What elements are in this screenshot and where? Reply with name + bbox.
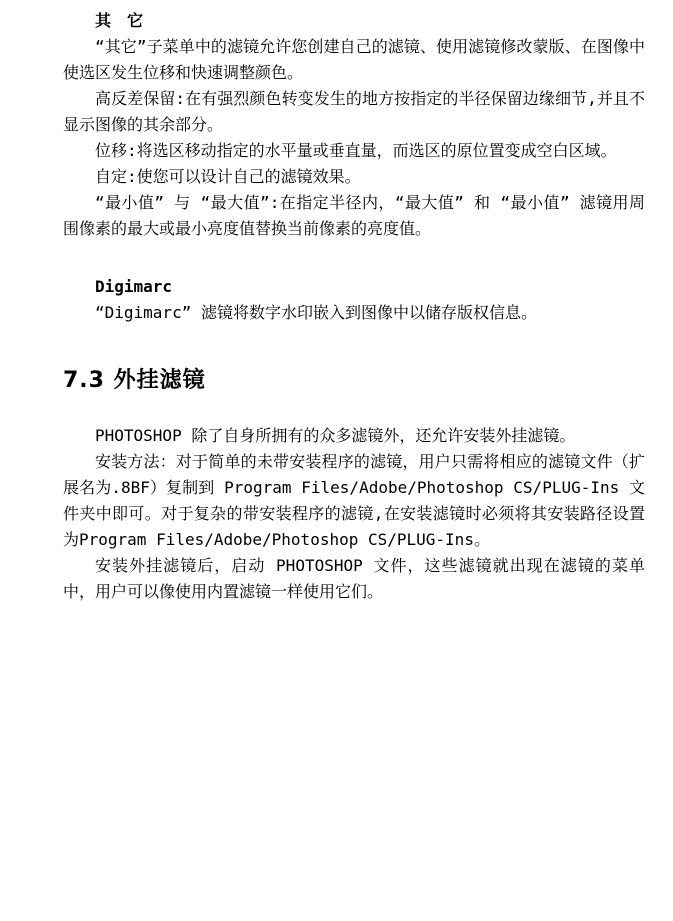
heading-other: 其 它 [63, 8, 645, 34]
paragraph-min-max: “最小值” 与 “最大值”:在指定半径内，“最大值” 和 “最小值” 滤镜用周围… [63, 190, 645, 242]
paragraph-custom: 自定:使您可以设计自己的滤镜效果。 [63, 164, 645, 190]
paragraph-digimarc: “Digimarc” 滤镜将数字水印嵌入到图像中以储存版权信息。 [63, 300, 645, 326]
document-content: 其 它 “其它”子菜单中的滤镜允许您创建自己的滤镜、使用滤镜修改蒙版、在图像中使… [63, 8, 645, 605]
paragraph-other-intro: “其它”子菜单中的滤镜允许您创建自己的滤镜、使用滤镜修改蒙版、在图像中使选区发生… [63, 34, 645, 86]
paragraph-offset: 位移:将选区移动指定的水平量或垂直量，而选区的原位置变成空白区域。 [63, 138, 645, 164]
document-page: 其 它 “其它”子菜单中的滤镜允许您创建自己的滤镜、使用滤镜修改蒙版、在图像中使… [0, 0, 673, 921]
heading-plugin-section: 7.3 外挂滤镜 [63, 366, 645, 396]
paragraph-plugin-install: 安装方法：对于简单的未带安装程序的滤镜，用户只需将相应的滤镜文件（扩展名为.8B… [63, 449, 645, 553]
heading-digimarc: Digimarc [63, 274, 645, 300]
paragraph-plugin-usage: 安装外挂滤镜后，启动 PHOTOSHOP 文件，这些滤镜就出现在滤镜的菜单中，用… [63, 553, 645, 605]
paragraph-high-pass: 高反差保留:在有强烈颜色转变发生的地方按指定的半径保留边缘细节,并且不显示图像的… [63, 86, 645, 138]
paragraph-plugin-intro: PHOTOSHOP 除了自身所拥有的众多滤镜外，还允许安装外挂滤镜。 [63, 423, 645, 449]
